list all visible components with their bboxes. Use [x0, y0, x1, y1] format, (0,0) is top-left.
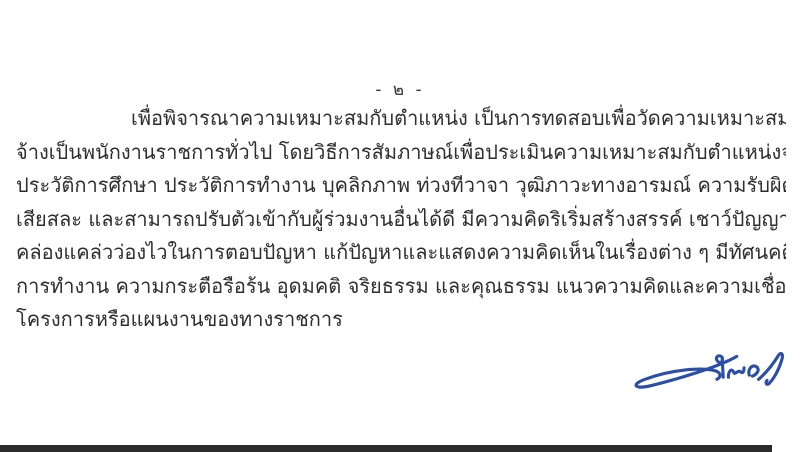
paragraph-line: ประวัติการศึกษา ประวัติการทำงาน บุคลิกภา… — [16, 169, 786, 203]
paragraph-line: โครงการหรือแผนงานของทางราชการ — [16, 303, 786, 337]
scan-edge-artifact — [0, 445, 772, 452]
signature-ink — [620, 345, 792, 399]
paragraph-line: เสียสละ และสามารถปรับตัวเข้ากับผู้ร่วมงา… — [16, 203, 786, 237]
body-paragraph: เพื่อพิจารณาความเหมาะสมกับตำแหน่ง เป็นกา… — [16, 102, 786, 337]
paragraph-line: คล่องแคล่วว่องไวในการตอบปัญหา แก้ปัญหาแล… — [16, 236, 786, 270]
paragraph-line: การทำงาน ความกระตือรือร้น อุดมคติ จริยธร… — [16, 270, 786, 304]
paragraph-line: จ้างเป็นพนักงานราชการทั่วไป โดยวิธีการสั… — [16, 136, 786, 170]
paragraph-line: เพื่อพิจารณาความเหมาะสมกับตำแหน่ง เป็นกา… — [16, 102, 786, 136]
page-number: - ๒ - — [0, 76, 800, 103]
